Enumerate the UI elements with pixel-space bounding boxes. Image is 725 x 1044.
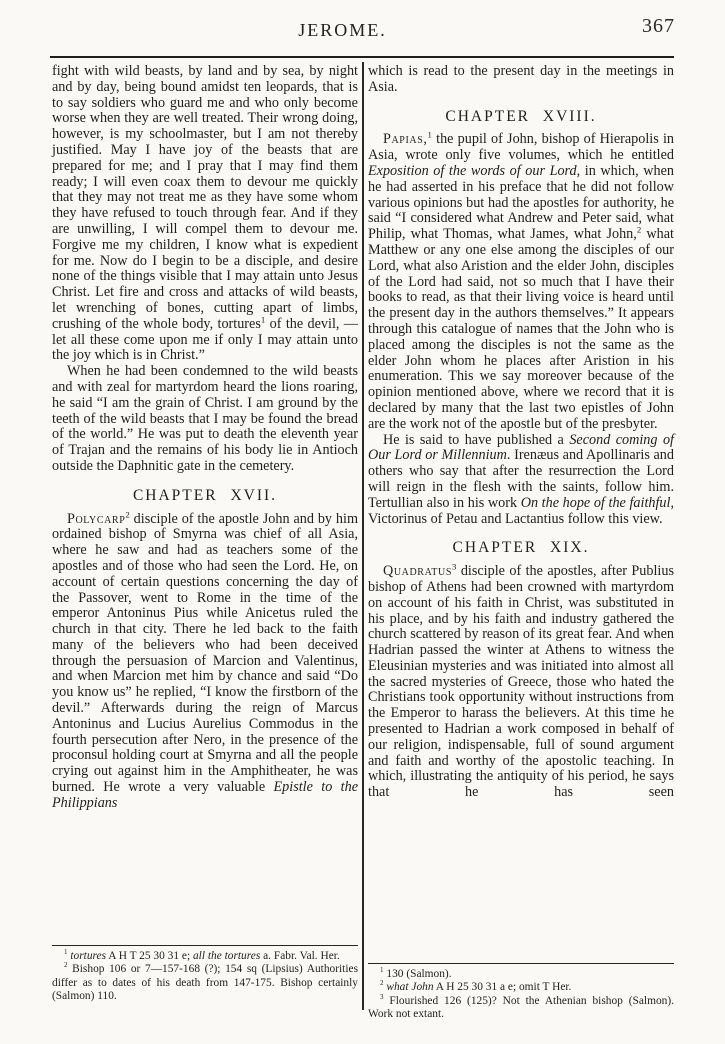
paragraph: fight with wild beasts, by land and by s… (52, 64, 358, 364)
page-number: 367 (642, 15, 675, 38)
left-column: fight with wild beasts, by land and by s… (52, 64, 358, 1003)
header-rule (50, 56, 674, 58)
chapter-heading: CHAPTER XVII. (52, 488, 358, 504)
column-divider-rule (362, 62, 364, 1010)
left-footnote-rule (52, 945, 358, 946)
paragraph: Quadratus3 disciple of the apostles, aft… (368, 564, 674, 801)
right-footnote-rule (368, 963, 674, 964)
paragraph: which is read to the present day in the … (368, 64, 674, 96)
chapter-heading: CHAPTER XIX. (368, 540, 674, 556)
paragraph: Polycarp2 disciple of the apostle John a… (52, 512, 358, 812)
book-page: JEROME. 367 fight with wild beasts, by l… (0, 0, 725, 1044)
footnote: 2 Bishop 106 or 7—157-168 (?); 154 sq (L… (52, 963, 358, 1003)
running-head-title: JEROME. (0, 20, 685, 41)
right-footnotes: 1 130 (Salmon).2 what John A H 25 30 31 … (368, 968, 674, 1021)
left-footnotes: 1 tortures A H T 25 30 31 e; all the tor… (52, 950, 358, 1003)
paragraph: Papias,1 the pupil of John, bishop of Hi… (368, 132, 674, 432)
footnote: 1 130 (Salmon). (368, 968, 674, 981)
footnote: 2 what John A H 25 30 31 a e; omit T Her… (368, 981, 674, 994)
chapter-heading: CHAPTER XVIII. (368, 109, 674, 125)
footnote: 1 tortures A H T 25 30 31 e; all the tor… (52, 950, 358, 963)
footnote: 3 Flourished 126 (125)? Not the Athenian… (368, 995, 674, 1021)
right-column: which is read to the present day in the … (368, 64, 674, 1021)
right-column-text: which is read to the present day in the … (368, 64, 674, 801)
paragraph: When he had been condemned to the wild b… (52, 364, 358, 475)
paragraph: He is said to have published a Second co… (368, 433, 674, 528)
left-column-text: fight with wild beasts, by land and by s… (52, 64, 358, 812)
